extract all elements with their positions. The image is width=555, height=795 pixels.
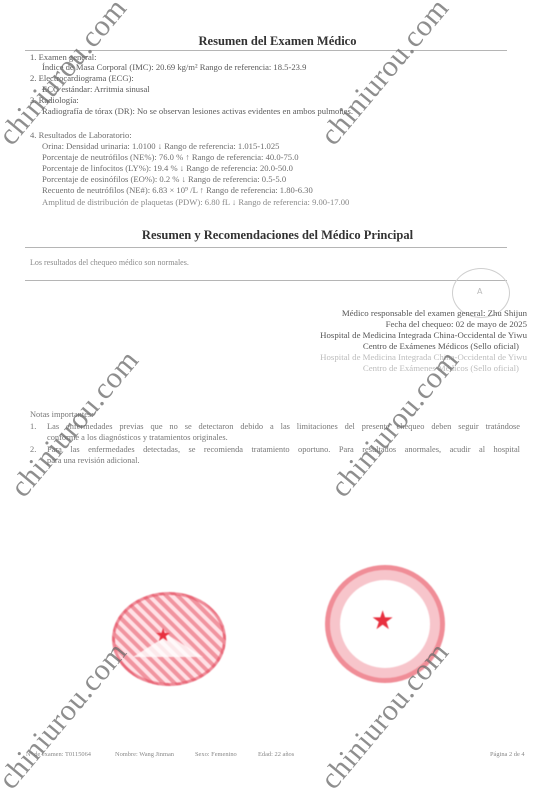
note-2-line-1: Para las enfermedades detectadas, se rec…: [47, 444, 520, 455]
official-seal-right: ★: [325, 565, 445, 683]
footer-age: Edad: 22 años: [258, 751, 294, 758]
footer-patient-name: Nombre: Wang Jinman: [115, 751, 174, 758]
note-2-number: 2.: [30, 444, 36, 455]
footer-sex: Sexo: Femenino: [195, 751, 237, 758]
watermark: chiniurou.com: [314, 0, 456, 152]
official-seal-left: ★: [112, 592, 226, 686]
radiology-result: Radiografía de tórax (DR): No se observa…: [42, 106, 353, 117]
lab-result-ne-percent: Porcentaje de neutrófilos (NE%): 76.0 % …: [42, 152, 299, 163]
responsible-doctor: Médico responsable del examen general: Z…: [342, 308, 527, 319]
footer-page-number: Página 2 de 4: [490, 751, 525, 758]
lab-result-eo-percent: Porcentaje de eosinófilos (EO%): 0.2 % ↓…: [42, 174, 286, 185]
checkup-date: Fecha del chequeo: 02 de mayo de 2025: [386, 319, 527, 330]
watermark: chiniurou.com: [0, 636, 134, 795]
recommendations-title: Resumen y Recomendaciones del Médico Pri…: [0, 228, 555, 243]
recommendations-divider-bottom: [25, 280, 507, 281]
bmi-result: Índice de Masa Corporal (IMC): 20.69 kg/…: [42, 62, 306, 73]
lab-heading: 4. Resultados de Laboratorio:: [30, 130, 132, 141]
exam-center: Centro de Exámenes Médicos (Sello oficia…: [363, 341, 519, 352]
hospital-name: Hospital de Medicina Integrada China-Occ…: [320, 330, 527, 341]
lab-result-ly-percent: Porcentaje de linfocitos (LY%): 19.4 % ↓…: [42, 163, 293, 174]
hospital-name-faded: Hospital de Medicina Integrada China-Occ…: [320, 352, 527, 363]
star-icon: ★: [371, 608, 394, 634]
lab-result-pdw: Amplitud de distribución de plaquetas (P…: [42, 197, 349, 208]
medical-report-page: Resumen del Examen Médico 1. Examen gene…: [0, 0, 555, 795]
notes-title: Notas importantes:: [30, 409, 94, 420]
ecg-result: ECG estándar: Arritmia sinusal: [42, 84, 150, 95]
note-1-line-2: conforme a los diagnósticos y tratamient…: [47, 432, 228, 443]
note-2-line-2: para una revisión adicional.: [47, 455, 140, 466]
lab-result-urine: Orina: Densidad urinaria: 1.0100 ↓ Rango…: [42, 141, 279, 152]
radiology-heading: 3. Radiología:: [30, 95, 79, 106]
summary-divider: [25, 50, 507, 51]
ecg-heading: 2. Electrocardiograma (ECG):: [30, 73, 134, 84]
note-1-number: 1.: [30, 421, 36, 432]
star-icon: ★: [155, 623, 171, 649]
exam-center-faded: Centro de Exámenes Médicos (Sello oficia…: [363, 363, 519, 374]
summary-title: Resumen del Examen Médico: [0, 34, 555, 49]
note-1-line-1: Las enfermedades previas que no se detec…: [47, 421, 520, 432]
recommendations-divider-top: [25, 247, 507, 248]
lab-result-ne-count: Recuento de neutrófilos (NE#): 6.83 × 10…: [42, 185, 313, 196]
recommendations-text: Los resultados del chequeo médico son no…: [30, 257, 189, 268]
footer-exam-number: Nº de examen: T0115064: [26, 751, 91, 758]
